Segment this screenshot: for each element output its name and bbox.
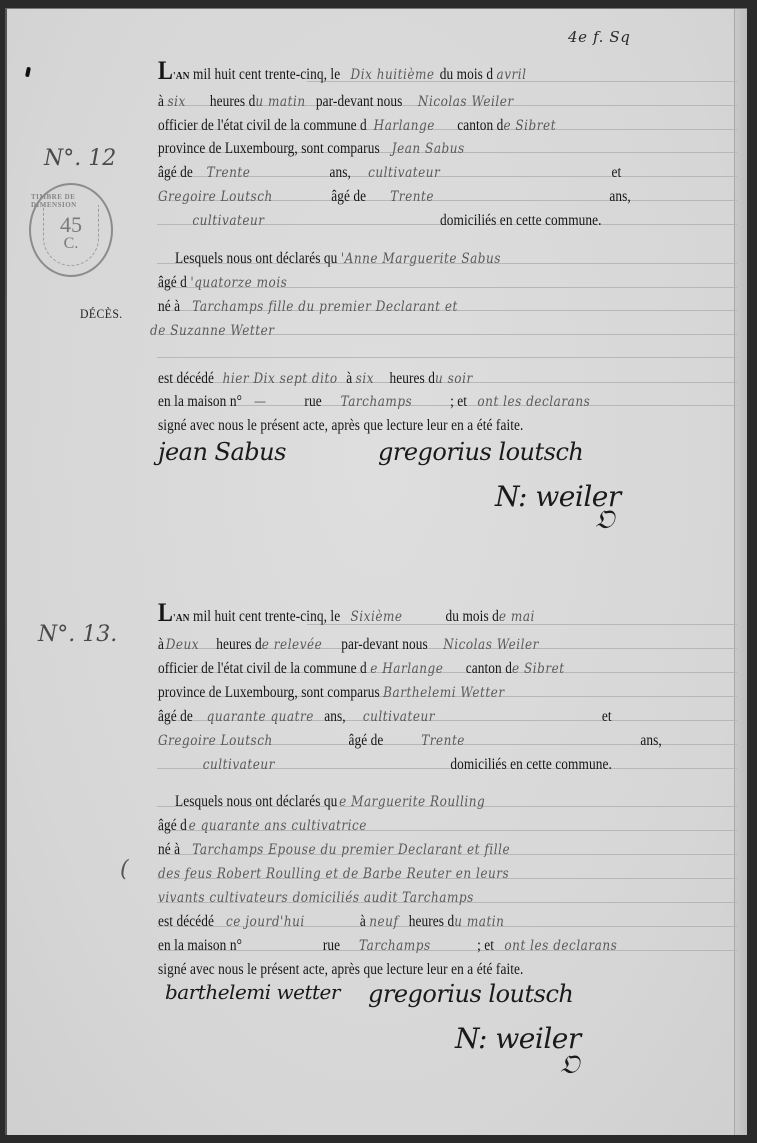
wreath-icon xyxy=(43,205,99,266)
act13-line8: Lesquels nous ont déclarés que Marguerit… xyxy=(175,793,485,811)
act12-line1: L'AN mil huit cent trente-cinq, le Dix h… xyxy=(158,58,527,84)
signature-witness1: barthelemi wetter xyxy=(165,980,340,1004)
act12-line9: âgé d'quatorze mois xyxy=(158,274,287,292)
act13-line13: est décédé ce jourd'hui àneuf heures du … xyxy=(158,913,504,931)
act12-line8: Lesquels nous ont déclarés qu'Anne Margu… xyxy=(175,250,501,268)
act13-line3: officier de l'état civil de la commune d… xyxy=(158,660,565,678)
signature-witness2: gregorius loutsch xyxy=(368,980,573,1008)
act13-line12: vivants cultivateurs domiciliés audit Ta… xyxy=(158,889,474,907)
stamp-text: TIMBRE DE DIMENSION xyxy=(31,193,111,209)
act12-line7: cultivateur domiciliés en cette commune. xyxy=(158,212,602,230)
page-edge xyxy=(734,9,747,1135)
act12-line5: âgé de Trente ans, cultivateur et xyxy=(158,164,621,182)
paraph-icon: 𝔒 xyxy=(560,1050,579,1081)
act13-line4: province de Luxembourg, sont comparusBar… xyxy=(158,684,505,702)
act13-line1: L'AN mil huit cent trente-cinq, le Sixiè… xyxy=(158,600,535,626)
act-number-13: N°. 13. xyxy=(38,622,117,647)
field-day: Dix huitième xyxy=(351,67,435,83)
act-number-12: N°. 12 xyxy=(44,146,116,171)
margin-bracket: ( xyxy=(120,857,129,882)
act12-line3: officier de l'état civil de la commune d… xyxy=(158,117,556,135)
act13-line9: âgé de quarante ans cultivatrice xyxy=(158,817,367,835)
act13-line7: cultivateur domiciliés en cette commune. xyxy=(158,756,612,774)
act13-line5: âgé de quarante quatre ans, cultivateur … xyxy=(158,708,612,726)
act13-line14: en la maison n° rue Tarchamps ; et ont l… xyxy=(158,937,617,955)
signature-witness2: gregorius loutsch xyxy=(378,438,583,466)
act13-line15: signé avec nous le présent acte, après q… xyxy=(158,961,523,979)
act12-line6: Gregoire Loutsch âgé de Trente ans, xyxy=(158,188,631,206)
act13-line2: àDeux heures de relevée par-devant nous … xyxy=(158,636,539,654)
category-label: DÉCÈS. xyxy=(80,306,123,322)
act12-line2: àsix heures du matin par-devant nous Nic… xyxy=(158,93,514,111)
act12-line4: province de Luxembourg, sont comparus Je… xyxy=(158,140,465,158)
corner-annotation: 4e f. Sq xyxy=(568,28,630,46)
act12-line11: de Suzanne Wetter xyxy=(150,322,274,340)
act12-line10: né à Tarchamps fille du premier Declaran… xyxy=(158,298,458,316)
tax-stamp: TIMBRE DE DIMENSION 45 C. xyxy=(29,183,113,277)
field-month: avril xyxy=(497,67,527,83)
ruled-line xyxy=(157,357,737,358)
act12-line14: signé avec nous le présent acte, après q… xyxy=(158,417,523,435)
act13-line6: Gregoire Loutsch âgé de Trente ans, xyxy=(158,732,662,750)
signature-witness1: jean Sabus xyxy=(158,438,286,466)
act13-line11: des feus Robert Roulling et de Barbe Reu… xyxy=(158,865,509,883)
paraph-icon: 𝔒 xyxy=(595,505,614,536)
act12-line13: en la maison n° — rue Tarchamps ; et ont… xyxy=(158,393,590,411)
act13-line10: né à Tarchamps Epouse du premier Declara… xyxy=(158,841,510,859)
act12-line12: est décédé hier Dix sept dito àsix heure… xyxy=(158,370,473,388)
